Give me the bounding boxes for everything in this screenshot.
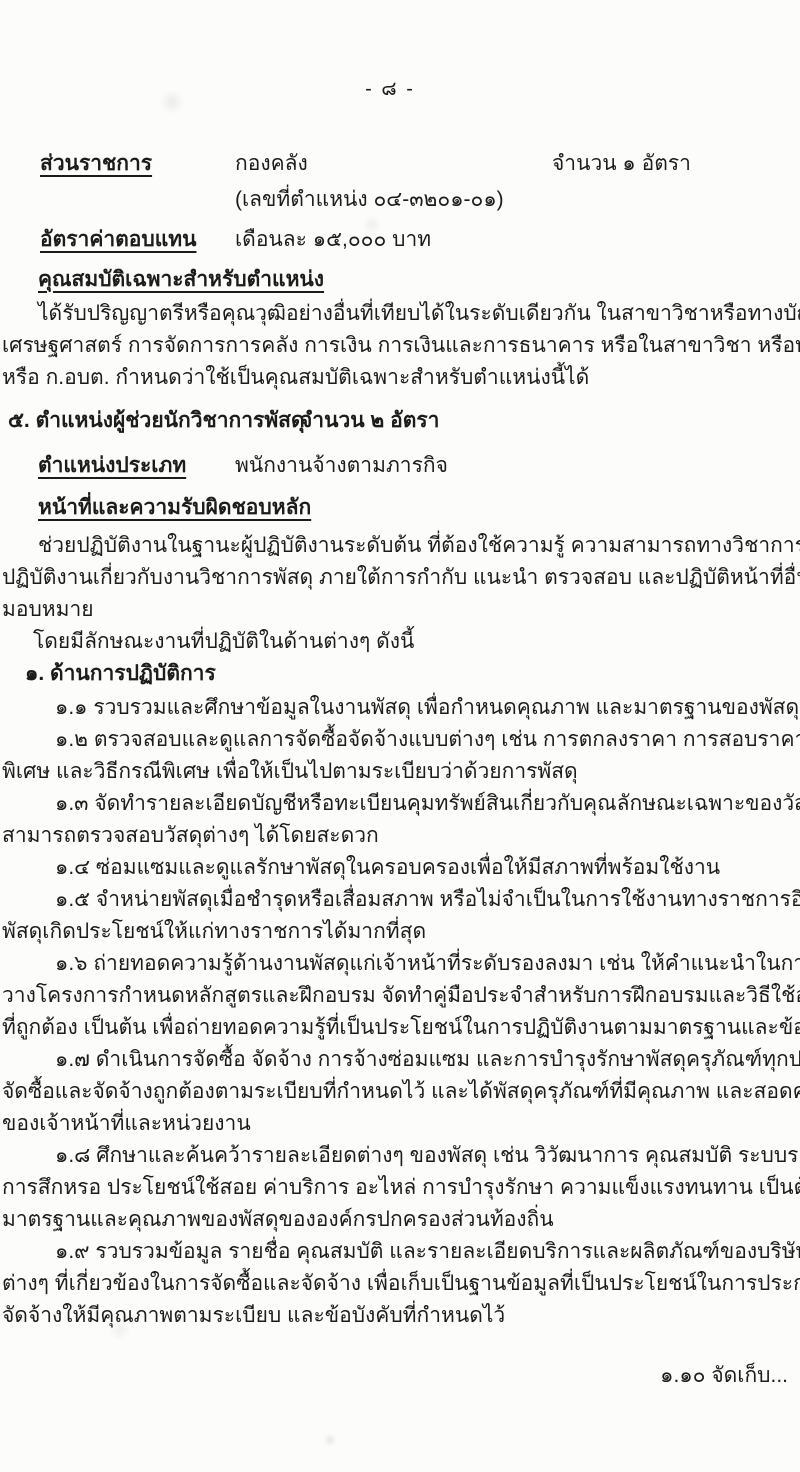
document-content: ส่วนราชการ กองคลัง จำนวน ๑ อัตรา (เลขที่…	[0, 148, 800, 1392]
duty-line: จัดจ้างให้มีคุณภาพตามระเบียบ และข้อบังคั…	[0, 1300, 800, 1332]
duty-line: ๑.๕ จำหน่ายพัสดุเมื่อชำรุดหรือเสื่อมสภาพ…	[0, 884, 800, 916]
qualification-line: ได้รับปริญญาตรีหรือคุณวุฒิอย่างอื่นที่เท…	[0, 298, 800, 330]
duty-line: สามารถตรวจสอบวัสดุต่างๆ ได้โดยสะดวก	[0, 820, 800, 852]
position-type-label: ตำแหน่งประเภท	[38, 450, 186, 482]
position-count-1: จำนวน ๑ อัตรา	[552, 148, 691, 180]
duty-line: ๑.๗ ดำเนินการจัดซื้อ จัดจ้าง การจ้างซ่อม…	[0, 1044, 800, 1076]
scanned-document-page: - ๘ - ส่วนราชการ กองคลัง จำนวน ๑ อัตรา (…	[0, 0, 800, 1472]
continuation-marker: ๑.๑๐ จัดเก็บ...	[0, 1360, 800, 1392]
salary-row: อัตราค่าตอบแทน เดือนละ ๑๕,๐๐๐ บาท	[0, 224, 800, 256]
duty-line: ๑.๓ จัดทำรายละเอียดบัญชีหรือทะเบียนคุมทร…	[0, 788, 800, 820]
position-number: (เลขที่ตำแหน่ง ๐๔-๓๒๐๑-๐๑)	[235, 184, 504, 216]
duty-line: วางโครงการกำหนดหลักสูตรและฝึกอบรม จัดทำค…	[0, 980, 800, 1012]
position-type-value: พนักงานจ้างตามภารกิจ	[235, 450, 448, 482]
duty-line: ๑.๒ ตรวจสอบและดูแลการจัดซื้อจัดจ้างแบบต่…	[0, 724, 800, 756]
qualification-line: หรือ ก.อบต. กำหนดว่าใช้เป็นคุณสมบัติเฉพา…	[0, 362, 800, 394]
department-value: กองคลัง	[235, 148, 308, 180]
duty-line: ต่างๆ ที่เกี่ยวข้องในการจัดซื้อและจัดจ้า…	[0, 1268, 800, 1300]
duty-line: ของเจ้าหน้าที่และหน่วยงาน	[0, 1108, 800, 1140]
position-number-row: (เลขที่ตำแหน่ง ๐๔-๓๒๐๑-๐๑)	[0, 184, 800, 216]
position-title: ๕. ตำแหน่งผู้ช่วยนักวิชาการพัสดุ	[8, 405, 305, 437]
duty-line: พัสดุเกิดประโยชน์ให้แก่ทางราชการได้มากที…	[0, 916, 800, 948]
duty-line: ที่ถูกต้อง เป็นต้น เพื่อถ่ายทอดความรู้ที…	[0, 1012, 800, 1044]
duty-line: ๑.๙ รวบรวมข้อมูล รายชื่อ คุณสมบัติ และรา…	[0, 1236, 800, 1268]
section1-heading: ๑. ด้านการปฏิบัติการ	[0, 658, 800, 690]
duty-line: จัดซื้อและจัดจ้างถูกต้องตามระเบียบที่กำห…	[0, 1076, 800, 1108]
duty-line: มาตรฐานและคุณภาพของพัสดุขององค์กรปกครองส…	[0, 1204, 800, 1236]
qualification-line: เศรษฐศาสตร์ การจัดการการคลัง การเงิน การ…	[0, 330, 800, 362]
duty-intro-line: ปฏิบัติงานเกี่ยวกับงานวิชาการพัสดุ ภายใต…	[0, 562, 800, 594]
duty-line: ๑.๑ รวบรวมและศึกษาข้อมูลในงานพัสดุ เพื่อ…	[0, 692, 800, 724]
salary-value: เดือนละ ๑๕,๐๐๐ บาท	[235, 224, 431, 256]
duty-line: การสึกหรอ ประโยชน์ใช้สอย ค่าบริการ อะไหล…	[0, 1172, 800, 1204]
duties-lead: โดยมีลักษณะงานที่ปฏิบัติในด้านต่างๆ ดังน…	[0, 626, 800, 658]
salary-label: อัตราค่าตอบแทน	[40, 224, 196, 256]
position-type-row: ตำแหน่งประเภท พนักงานจ้างตามภารกิจ	[0, 450, 800, 482]
duties-heading: หน้าที่และความรับผิดชอบหลัก	[0, 492, 800, 524]
duty-line: พิเศษ และวิธีกรณีพิเศษ เพื่อให้เป็นไปตาม…	[0, 756, 800, 788]
duty-line: ๑.๖ ถ่ายทอดความรู้ด้านงานพัสดุแก่เจ้าหน้…	[0, 948, 800, 980]
department-row: ส่วนราชการ กองคลัง จำนวน ๑ อัตรา	[0, 148, 800, 180]
department-label: ส่วนราชการ	[40, 148, 152, 180]
position-title-row: ๕. ตำแหน่งผู้ช่วยนักวิชาการพัสดุ จำนวน ๒…	[0, 405, 800, 437]
page-number: - ๘ -	[0, 72, 780, 104]
position-count-2: จำนวน ๒ อัตรา	[300, 405, 439, 437]
duty-intro-line: มอบหมาย	[0, 594, 800, 626]
duty-intro-line: ช่วยปฏิบัติงานในฐานะผู้ปฏิบัติงานระดับต้…	[0, 530, 800, 562]
duty-line: ๑.๔ ซ่อมแซมและดูแลรักษาพัสดุในครอบครองเพ…	[0, 852, 800, 884]
duty-line: ๑.๘ ศึกษาและค้นคว้ารายละเอียดต่างๆ ของพั…	[0, 1140, 800, 1172]
qualifications-heading: คุณสมบัติเฉพาะสำหรับตำแหน่ง	[0, 264, 800, 296]
